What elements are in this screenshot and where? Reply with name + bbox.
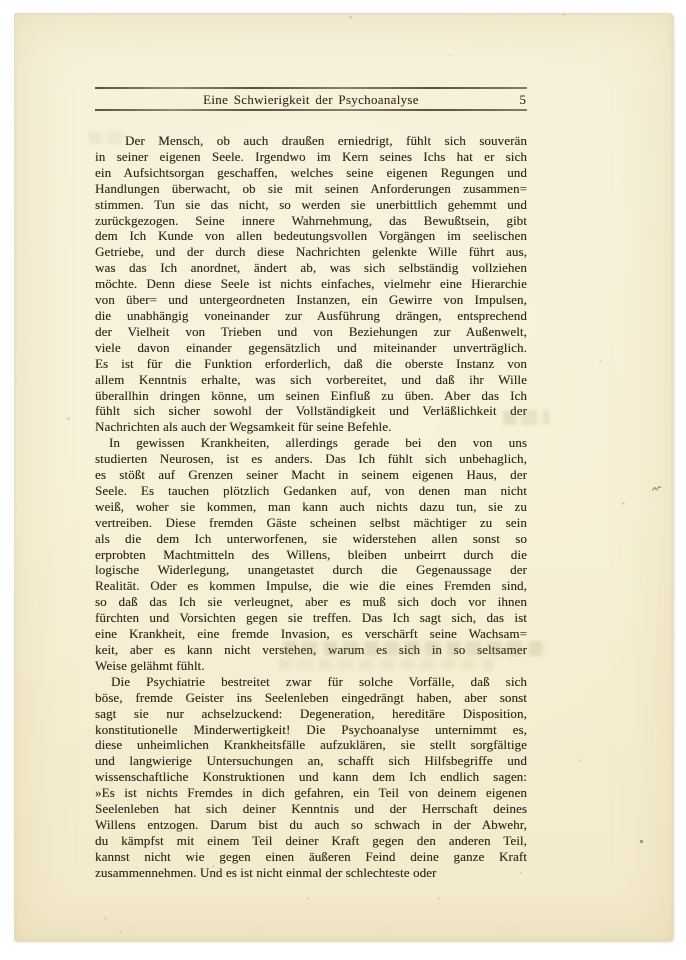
text-line: überallhin dringen könne, um seinen Einf…	[95, 388, 527, 404]
text-line: Es ist für die Funktion erforderlich, da…	[95, 356, 527, 372]
text-line: logische Widerlegung, unangetastet durch…	[95, 562, 527, 578]
text-line: in seiner eigenen Seele. Irgendwo im Ker…	[95, 149, 527, 165]
text-line: du kämpfst mit einem Teil deiner Kraft g…	[95, 833, 527, 849]
text-line: eine Krankheit, eine fremde Invasion, es…	[95, 626, 527, 642]
text-line: der Vielheit von Trieben und von Beziehu…	[95, 324, 527, 340]
text-line: allem Kenntnis erhalte, was sich vorbere…	[95, 372, 527, 388]
header-rule-top	[95, 87, 527, 89]
text-line: stimmen. Tun sie das nicht, so werden si…	[95, 197, 527, 213]
stray-ink-mark	[651, 483, 662, 494]
text-line: fühlt sich sicher sowohl der Vollständig…	[95, 403, 527, 419]
text-line: Handlungen überwacht, ob sie mit seinen …	[95, 181, 527, 197]
dust-specks	[0, 0, 1, 1]
bleed-through-smudge	[278, 659, 494, 670]
text-line: kannst nicht wie gegen einen äußeren Fei…	[95, 849, 527, 865]
text-line: Seelenleben hat sich deiner Kenntnis und…	[95, 801, 527, 817]
text-line: erprobten Machtmitteln des Willens, blei…	[95, 547, 527, 563]
page-header: Eine Schwierigkeit der Psychoanalyse 5	[95, 87, 527, 113]
text-line: Nachrichten als auch der Wegsamkeit für …	[95, 419, 527, 435]
text-line: diese unheimlichen Krankheitsfälle aufzu…	[95, 737, 527, 753]
text-line: möchte. Denn diese Seele ist nichts einf…	[95, 276, 527, 292]
text-line: »Es ist nichts Fremdes in dich gefahren,…	[95, 785, 527, 801]
text-line: studierten Neurosen, ist es anders. Das …	[95, 451, 527, 467]
bleed-through-smudge	[503, 410, 549, 425]
text-line: Seele. Es tauchen plötzlich Gedanken auf…	[95, 483, 527, 499]
text-line: von über= und untergeordneten Instanzen,…	[95, 292, 527, 308]
book-page: Eine Schwierigkeit der Psychoanalyse 5 D…	[14, 13, 673, 941]
text-line: und langwierige Untersuchungen an, schaf…	[95, 753, 527, 769]
text-line: konstitutionelle Minderwertigkeit! Die P…	[95, 722, 527, 738]
text-line: vertreiben. Diese fremden Gäste scheinen…	[95, 515, 527, 531]
text-line: Realität. Oder es kommen Impulse, die wi…	[95, 578, 527, 594]
paragraph: Die Psychiatrie bestreitet zwar für solc…	[95, 674, 527, 881]
text-line: was das Ich anordnet, ändert ab, was sic…	[95, 260, 527, 276]
text-line: weiß, woher sie kommen, man kann auch ni…	[95, 499, 527, 515]
bleed-through-smudge	[88, 131, 124, 144]
text-line: zusammennehmen. Und es ist nicht einmal …	[95, 865, 527, 881]
text-line: fürchten und Vorsichten gegen sie treffe…	[95, 610, 527, 626]
text-line: In gewissen Krankheiten, allerdings gera…	[95, 435, 527, 451]
header-rule-bottom	[95, 109, 527, 111]
text-line: Getriebe, und der durch diese Nachrichte…	[95, 244, 527, 260]
text-line: viele davon einander gegensätzlich und m…	[95, 340, 527, 356]
bleed-through-smudge	[283, 641, 547, 656]
text-line: wissenschaftliche Konstruktionen und kan…	[95, 769, 527, 785]
paragraph: Der Mensch, ob auch draußen erniedrigt, …	[95, 133, 527, 435]
text-line: Die Psychiatrie bestreitet zwar für solc…	[95, 674, 527, 690]
text-line: ein Aufsichtsorgan geschaffen, welches s…	[95, 165, 527, 181]
text-line: als die dem Ich unterworfenen, sie wider…	[95, 531, 527, 547]
scan-background: Eine Schwierigkeit der Psychoanalyse 5 D…	[0, 0, 686, 960]
text-line: zurückgezogen. Seine innere Wahrnehmung,…	[95, 213, 527, 229]
text-line: Der Mensch, ob auch draußen erniedrigt, …	[95, 133, 527, 149]
text-line: böse, fremde Geister ins Seelenleben ein…	[95, 690, 527, 706]
paragraph: In gewissen Krankheiten, allerdings gera…	[95, 435, 527, 674]
text-line: Willens entzogen. Darum bist du auch so …	[95, 817, 527, 833]
text-line: es stößt auf Grenzen seiner Macht in sei…	[95, 467, 527, 483]
text-line: dem Ich Kunde von allen bedeutungsvollen…	[95, 228, 527, 244]
text-line: so daß das Ich sie verleugnet, aber es m…	[95, 594, 527, 610]
text-line: die unabhängig voneinander zur Ausführun…	[95, 308, 527, 324]
text-line: sagt sie nur achselzuckend: Degeneration…	[95, 706, 527, 722]
running-title: Eine Schwierigkeit der Psychoanalyse	[95, 93, 527, 107]
page-number: 5	[520, 93, 527, 107]
body-text: Der Mensch, ob auch draußen erniedrigt, …	[95, 133, 527, 881]
